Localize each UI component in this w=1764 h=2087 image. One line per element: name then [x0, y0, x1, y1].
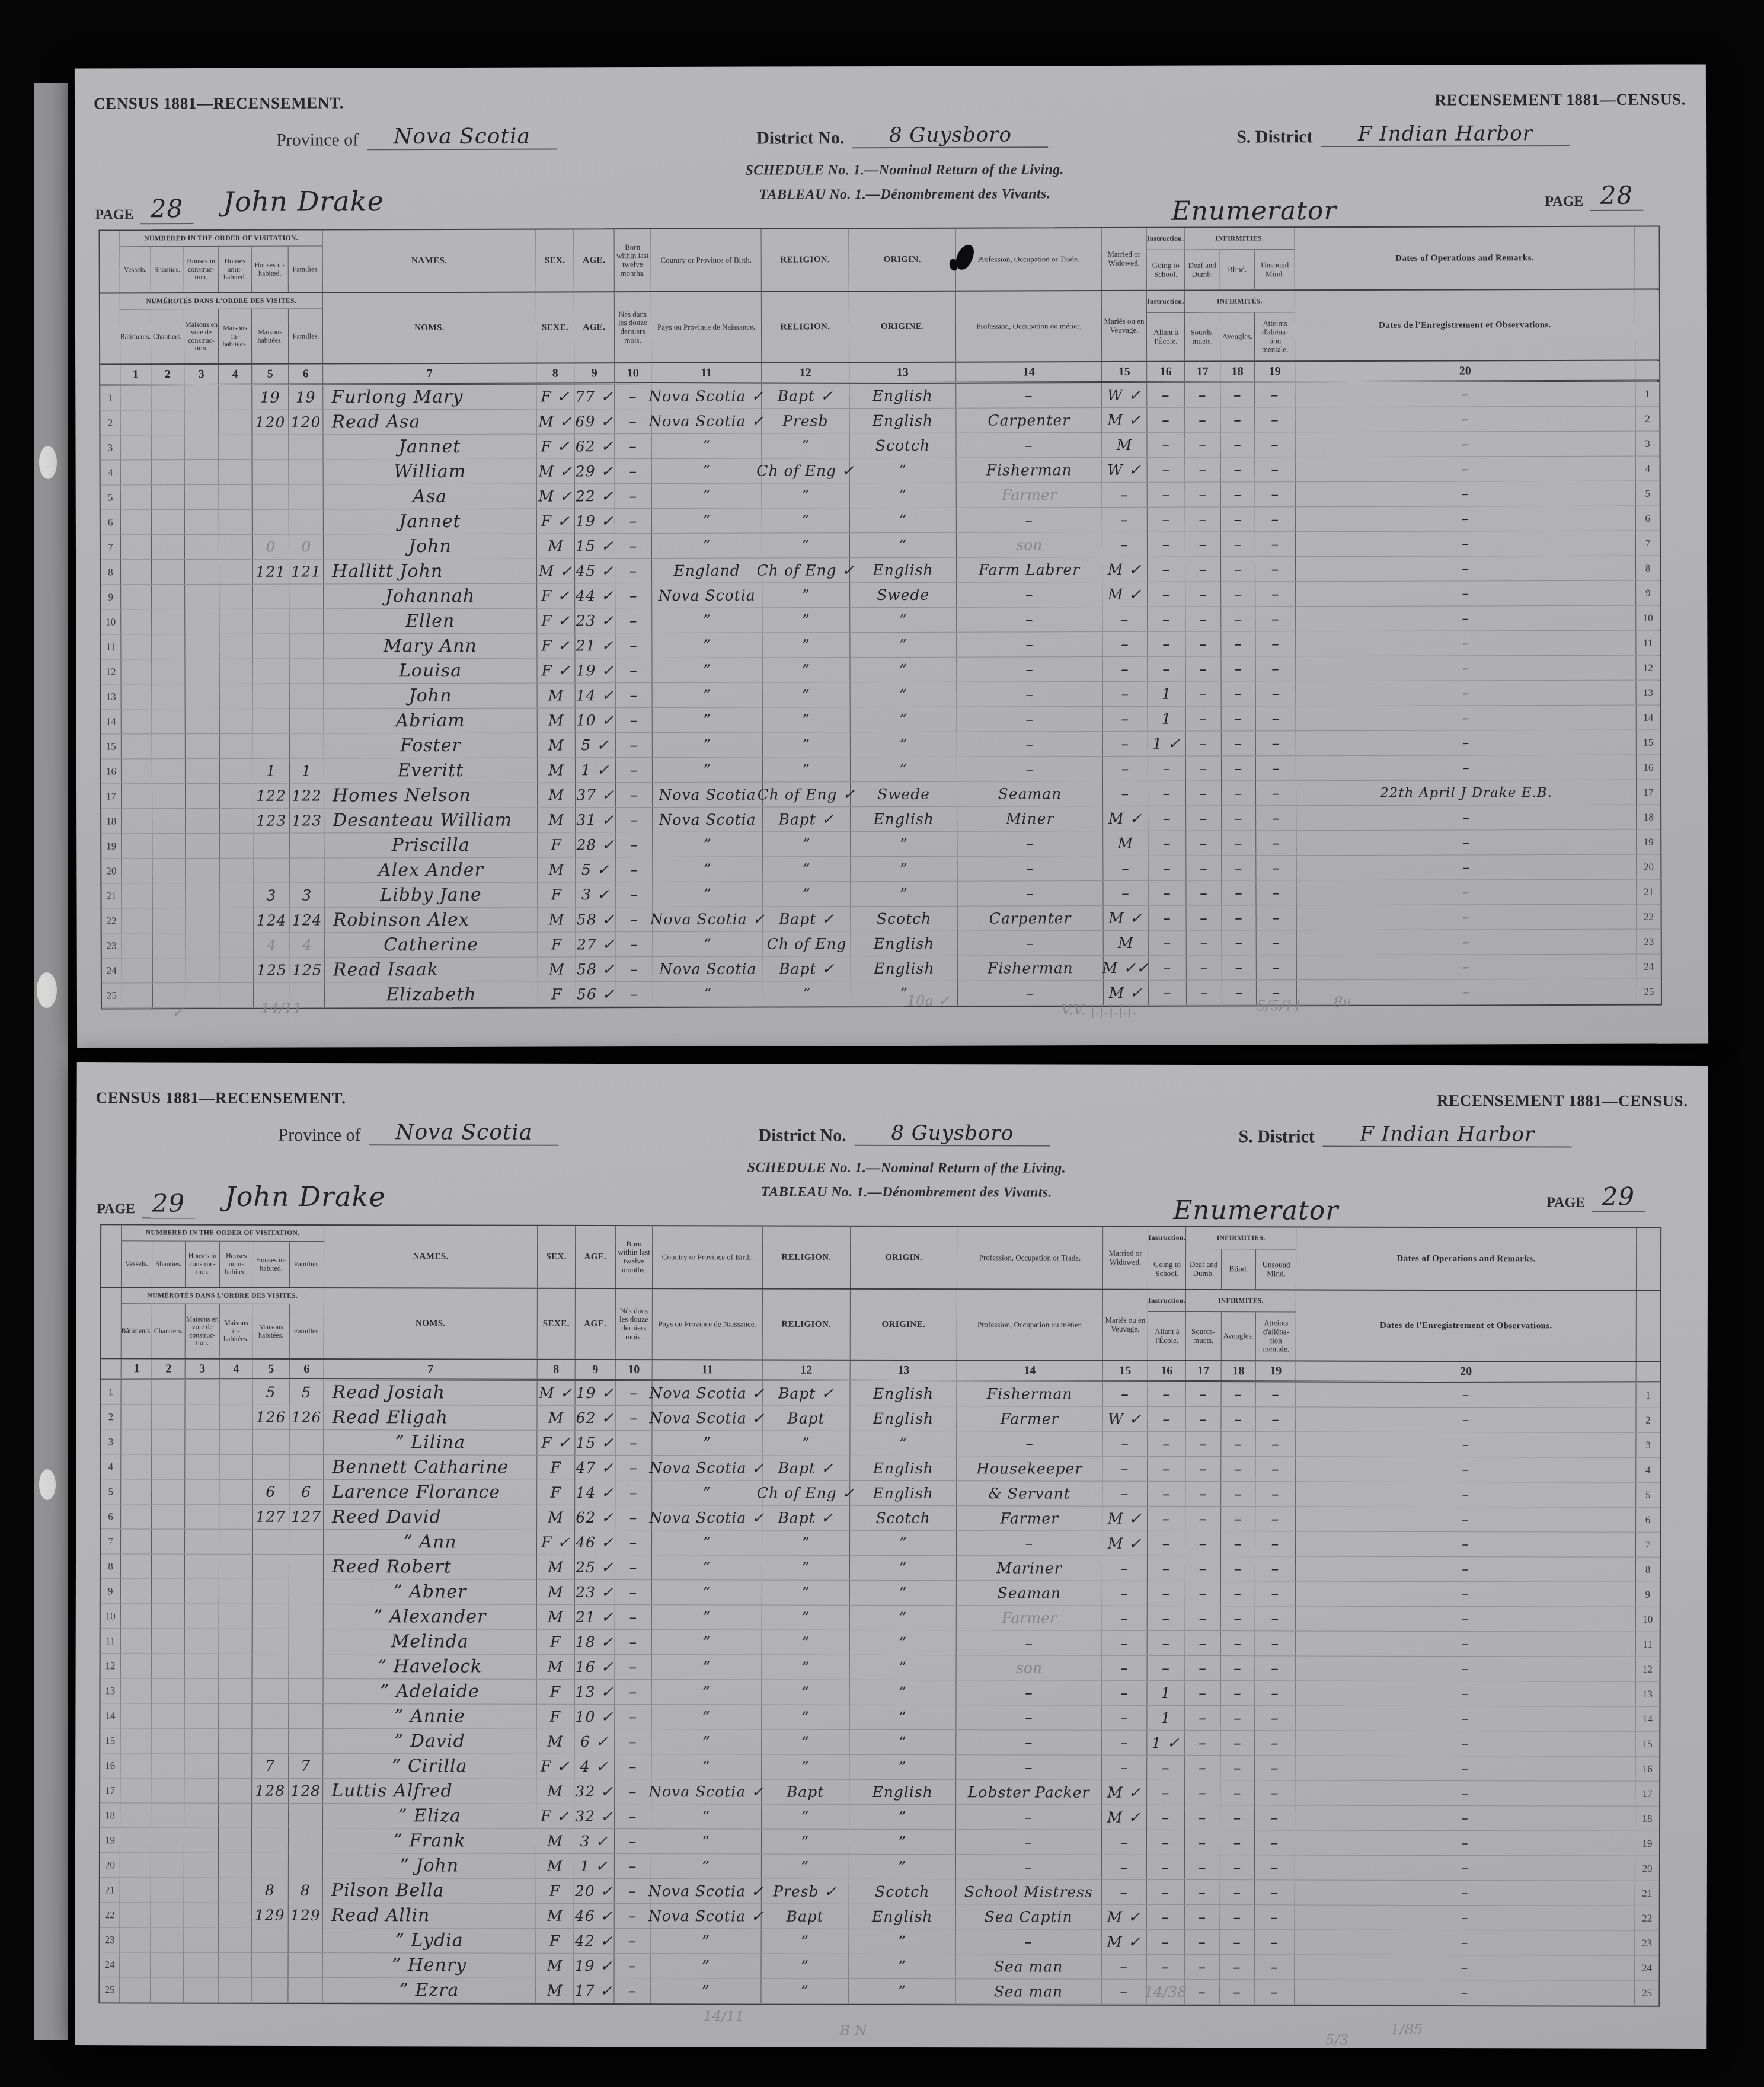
cell-p29-r5-blind: – [1221, 1482, 1255, 1506]
cell-p29-r2-occ: Farmer [957, 1406, 1102, 1431]
cell-p28-r14-orig: ” [851, 707, 957, 732]
col-header-rel: RELIGION. [763, 1290, 851, 1360]
row-number-left: 8 [101, 560, 121, 584]
cell-p29-r10-blind: – [1221, 1606, 1255, 1630]
cell-p28-r1-c1 [120, 385, 151, 410]
cell-p29-r24-occ: Sea man [956, 1954, 1102, 1979]
cell-p28-r21-deaf: – [1186, 881, 1222, 905]
cell-p29-r23-rem: – [1295, 1930, 1635, 1955]
cell-p29-r2-born: – [615, 1406, 652, 1430]
cell-p29-r18-blind: – [1220, 1805, 1255, 1830]
cell-p29-r22-sch: – [1147, 1905, 1185, 1929]
cell-p29-r6-c3 [185, 1505, 219, 1529]
cell-p28-r1-deaf: – [1185, 383, 1220, 407]
cell-p29-r15-born: – [615, 1729, 651, 1754]
cell-p29-r9-mar: – [1102, 1581, 1148, 1606]
cell-p29-r14-bp: ” [651, 1705, 762, 1729]
cell-p28-r23-occ: – [958, 931, 1104, 956]
cell-p28-r23-orig: English [851, 931, 958, 956]
cell-p29-r17-deaf: – [1185, 1780, 1220, 1805]
cell-p28-r17-c1 [122, 784, 152, 808]
instruction-group: Instruction.Allant à l'École. [1148, 1290, 1186, 1360]
cell-p28-r21-c2 [152, 883, 186, 908]
cell-p28-r2-name: Read Asa [323, 410, 536, 435]
cell-p28-r10-c2 [152, 609, 185, 634]
col-header-c6: Familles. [289, 309, 323, 363]
table-row: 15FosterM5 ✓–”””––1 ✓––––15 [101, 730, 1660, 760]
cell-p28-r8-deaf: – [1185, 557, 1221, 582]
cell-p28-r3-born: – [615, 434, 651, 458]
cell-p29-r5-c2 [152, 1479, 185, 1504]
col-header-born: Nés dans les douze derniers mois. [616, 1289, 653, 1359]
table-row: 22129129Read AllinM46 ✓–Nova Scotia ✓Bap… [100, 1903, 1659, 1931]
table-row: 9” AbnerM23 ✓–”””Seaman––––––9 [101, 1579, 1660, 1607]
visitation-columns: Vessels.Shanties.Houses in construc- tio… [122, 1241, 324, 1287]
column-number-6: 6 [289, 365, 323, 384]
cell-p28-r9-rel: ” [762, 583, 850, 607]
cell-p29-r24-c4 [219, 1953, 252, 1977]
cell-p28-r10-born: – [615, 608, 652, 633]
row-number-left: 7 [101, 1529, 121, 1553]
cell-p28-r22-uns: – [1257, 905, 1297, 930]
cell-p29-r14-deaf: – [1185, 1706, 1220, 1730]
column-header-row-fr: NUMÉROTÉS DANS L'ORDRE DES VISITES.Bâtim… [100, 290, 1659, 365]
visitation-caption: NUMBERED IN THE ORDER OF VISITATION. [120, 231, 322, 247]
cell-p28-r15-blind: – [1222, 731, 1256, 755]
cell-p28-r12-sex: F ✓ [537, 658, 575, 682]
cell-p28-r3-c4 [219, 435, 252, 459]
column-number-19: 19 [1255, 362, 1295, 381]
cell-p28-r14-c4 [220, 709, 253, 733]
cell-p28-r20-c2 [152, 859, 186, 883]
column-number-10: 10 [615, 363, 651, 382]
cell-p28-r11-name: Mary Ann [324, 634, 537, 659]
cell-p29-r4-c4 [219, 1455, 253, 1479]
row-number-right: 12 [1636, 656, 1660, 680]
cell-p28-r7-c5: 0 [253, 535, 289, 559]
col-header-c3: Maisons en voie de construc- tion. [184, 309, 219, 363]
table-row: 17128128Luttis AlfredM32 ✓–Nova Scotia ✓… [100, 1778, 1659, 1807]
cell-p29-r7-deaf: – [1185, 1531, 1221, 1556]
pencil-annotation: 5/3 [1325, 2032, 1348, 2048]
cell-p28-r9-uns: – [1255, 582, 1296, 606]
cell-p29-r5-rel: Ch of Eng ✓ [762, 1481, 850, 1505]
row-number-left: 14 [101, 709, 122, 733]
cell-p28-r24-c1 [122, 958, 153, 982]
row-number-right: 7 [1636, 1533, 1660, 1557]
cell-p29-r25-rel: ” [761, 1979, 849, 2003]
cell-p28-r6-c5 [253, 510, 289, 534]
cell-p28-r13-deaf: – [1186, 682, 1222, 706]
row-number-right: 13 [1635, 1682, 1659, 1706]
cell-p29-r10-c4 [219, 1604, 253, 1629]
district-label: District No. [758, 1126, 846, 1146]
cell-p29-r13-born: – [615, 1680, 651, 1704]
cell-p29-r17-rem: – [1295, 1780, 1635, 1805]
cell-p29-r4-c3 [185, 1455, 219, 1479]
cell-p29-r5-c5: 6 [253, 1480, 289, 1504]
cell-p29-r5-orig: English [850, 1481, 957, 1505]
cell-p29-r23-c6 [289, 1928, 323, 1952]
cell-p29-r19-c2 [151, 1828, 184, 1852]
row-number-left: 2 [100, 410, 120, 435]
row-number-right: 9 [1636, 581, 1660, 605]
cell-p28-r10-bp: ” [652, 608, 762, 633]
cell-p28-r2-orig: English [849, 409, 956, 433]
cell-p28-r24-name: Read Isaak [325, 958, 538, 982]
cell-p28-r8-orig: English [850, 558, 957, 582]
cell-p29-r13-c6 [289, 1679, 323, 1703]
cell-p29-r1-c5: 5 [253, 1380, 290, 1405]
cell-p28-r8-c4 [219, 560, 253, 584]
row-number-right: 6 [1636, 1508, 1660, 1532]
page-number-left-handwritten: 28 [140, 194, 193, 224]
cell-p28-r22-c4 [220, 908, 254, 933]
cell-p29-r18-sex: F ✓ [536, 1804, 574, 1828]
cell-p29-r1-sch: – [1148, 1382, 1186, 1406]
cell-p28-r13-bp: ” [653, 683, 763, 707]
cell-p28-r19-orig: ” [851, 832, 957, 856]
cell-p28-r15-c5 [253, 734, 290, 758]
row-number-header [1635, 290, 1659, 360]
cell-p28-r1-c5: 19 [252, 385, 289, 410]
col-header-deaf: Sourds- muets. [1186, 1312, 1222, 1360]
row-number-right: 11 [1636, 631, 1660, 655]
cell-p29-r12-c4 [219, 1654, 253, 1678]
cell-p28-r4-rem: – [1296, 457, 1636, 482]
col-header-born: Born within last twelve months. [616, 1226, 653, 1288]
table-row: 9JohannahF ✓44 ✓–Nova Scotia”Swede–M ✓––… [101, 581, 1660, 610]
table-row: 5AsaM ✓22 ✓–”””Farmer––––––5 [101, 481, 1660, 510]
cell-p28-r4-sch: – [1148, 458, 1185, 482]
cell-p28-r17-bp: Nova Scotia [653, 783, 763, 807]
cell-p28-r11-rel: ” [762, 633, 850, 657]
cell-p29-r8-sch: – [1148, 1556, 1185, 1581]
col-header-uns: Unsound Mind. [1256, 1249, 1296, 1289]
row-number-left: 15 [101, 734, 122, 758]
enumerator-script-handwritten: Enumerator [1173, 1195, 1338, 1226]
cell-p29-r21-mar: – [1102, 1880, 1147, 1904]
pencil-annotation: B N [839, 2022, 867, 2039]
row-number-right: 3 [1635, 432, 1659, 456]
census-title-right: RECENSEMENT 1881—CENSUS. [1434, 90, 1686, 109]
cell-p29-r21-rel: Presb ✓ [762, 1879, 849, 1904]
cell-p29-r6-c5: 127 [253, 1505, 289, 1529]
cell-p28-r14-uns: – [1256, 706, 1296, 730]
cell-p28-r12-orig: ” [850, 658, 957, 682]
cell-p28-r20-born: – [616, 857, 653, 882]
cell-p28-r2-c6: 120 [289, 410, 323, 435]
cell-p29-r23-orig: ” [849, 1929, 956, 1954]
cell-p28-r1-c2 [151, 385, 184, 410]
column-number-15: 15 [1103, 1361, 1148, 1380]
column-number-14: 14 [956, 362, 1102, 382]
cell-p29-r20-c5 [252, 1853, 289, 1878]
cell-p29-r9-c2 [152, 1579, 185, 1603]
cell-p28-r6-sch: – [1148, 508, 1185, 532]
cell-p29-r9-uns: – [1255, 1581, 1296, 1606]
row-number-right: 25 [1637, 979, 1661, 1004]
cell-p29-r17-name: Luttis Alfred [323, 1779, 536, 1804]
cell-p29-r12-rem: – [1296, 1656, 1636, 1681]
pencil-annotation: 1/85 [1391, 2021, 1423, 2038]
cell-p29-r7-c6 [289, 1530, 324, 1554]
cell-p28-r8-name: Hallitt John [324, 559, 537, 584]
cell-p29-r22-born: – [615, 1904, 651, 1928]
cell-p28-r21-orig: ” [851, 882, 957, 906]
row-number-right: 2 [1635, 407, 1659, 431]
cell-p28-r14-bp: ” [653, 708, 763, 732]
cell-p29-r17-c1 [120, 1778, 151, 1802]
cell-p28-r20-age: 5 ✓ [576, 857, 616, 882]
cell-p28-r14-born: – [616, 708, 653, 732]
cell-p28-r1-age: 77 ✓ [574, 384, 615, 409]
cell-p28-r17-c5: 122 [253, 784, 290, 808]
cell-p29-r24-c3 [184, 1953, 219, 1977]
cell-p29-r9-deaf: – [1185, 1581, 1221, 1606]
cell-p28-r12-c5 [253, 659, 289, 684]
cell-p28-r4-c5 [253, 460, 289, 484]
cell-p29-r25-sex: M [536, 1978, 574, 2003]
cell-p29-r22-rem: – [1295, 1905, 1635, 1930]
cell-p28-r7-mar: – [1102, 532, 1148, 557]
cell-p29-r8-c3 [185, 1555, 219, 1579]
cell-p28-r2-c4 [219, 410, 252, 435]
cell-p29-r1-sex: M ✓ [538, 1381, 576, 1405]
row-number-left: 5 [101, 485, 121, 509]
cell-p28-r12-born: – [615, 658, 652, 682]
cell-p29-r8-born: – [615, 1555, 652, 1579]
cell-p28-r2-occ: Carpenter [956, 408, 1102, 433]
row-number-left: 1 [100, 385, 120, 410]
infirmities-group: INFIRMITIES.Deaf and Dumb.Blind.Unsound … [1186, 1227, 1296, 1289]
visitation-columns: Bâtiments.Chantiers.Maisons en voie de c… [122, 1304, 324, 1358]
cell-p29-r8-c5 [253, 1555, 289, 1579]
cell-p29-r23-rel: ” [762, 1929, 849, 1954]
cell-p28-r15-age: 5 ✓ [576, 733, 616, 757]
row-number-right: 1 [1637, 1383, 1660, 1408]
cell-p29-r16-deaf: – [1185, 1756, 1220, 1780]
page-number-right-handwritten: 28 [1590, 181, 1643, 211]
cell-p29-r1-c4 [220, 1380, 253, 1405]
cell-p29-r4-bp: Nova Scotia ✓ [652, 1456, 762, 1480]
cell-p29-r1-name: Read Josiah [324, 1380, 538, 1405]
cell-p28-r4-occ: Fisherman [957, 458, 1102, 483]
cell-p29-r8-sex: M [537, 1555, 575, 1579]
cell-p29-r16-uns: – [1255, 1756, 1295, 1780]
cell-p28-r14-blind: – [1222, 706, 1256, 730]
cell-p29-r17-c2 [151, 1778, 184, 1802]
sub-district-value-handwritten: F Indian Harbor [1323, 1122, 1572, 1148]
cell-p28-r8-rel: Ch of Eng ✓ [762, 558, 850, 582]
cell-p28-r16-uns: – [1256, 756, 1296, 780]
cell-p28-r18-sex: M [538, 808, 576, 832]
cell-p28-r5-bp: ” [652, 484, 762, 508]
cell-p28-r19-c3 [186, 834, 220, 858]
row-number-left: 11 [101, 1629, 121, 1653]
cell-p29-r7-rel: ” [762, 1531, 850, 1555]
cell-p28-r10-age: 23 ✓ [575, 608, 615, 633]
row-number-right: 15 [1635, 1732, 1659, 1756]
cell-p29-r25-deaf: – [1184, 1980, 1220, 2004]
cell-p29-r4-rel: Bapt ✓ [762, 1456, 850, 1480]
cell-p29-r22-c1 [120, 1903, 151, 1927]
table-row: 155Read JosiahM ✓19 ✓–Nova Scotia ✓Bapt … [101, 1380, 1660, 1408]
cell-p29-r14-c4 [219, 1704, 252, 1728]
instruction-group: Instruction.Going to School. [1147, 228, 1185, 290]
infirmities-columns: Deaf and Dumb.Blind.Unsound Mind. [1186, 1249, 1296, 1289]
cell-p29-r10-occ: Farmer [957, 1606, 1102, 1630]
row-number-right: 15 [1637, 730, 1660, 755]
cell-p28-r21-name: Libby Jane [324, 883, 538, 908]
cell-p28-r24-c4 [220, 958, 254, 982]
cell-p28-r13-c1 [122, 684, 152, 709]
cell-p28-r13-orig: ” [851, 682, 957, 707]
cell-p29-r17-rel: Bapt [762, 1780, 849, 1804]
cell-p28-r19-c5 [253, 834, 290, 858]
cell-p29-r13-sex: F [536, 1680, 574, 1704]
cell-p29-r14-name: ” Annie [323, 1704, 536, 1729]
cell-p28-r24-sch: – [1149, 956, 1187, 980]
cell-p28-r16-c3 [186, 759, 220, 783]
cell-p29-r1-age: 19 ✓ [576, 1381, 616, 1405]
cell-p28-r6-born: – [615, 509, 652, 533]
visitation-columns: Bâtiments.Chantiers.Maisons en voie de c… [120, 309, 322, 364]
table-row: 2188Pilson BellaF20 ✓–Nova Scotia ✓Presb… [100, 1878, 1659, 1906]
cell-p28-r7-c6: 0 [289, 535, 324, 559]
cell-p29-r3-c6 [289, 1430, 324, 1454]
row-number-left: 20 [100, 1853, 120, 1877]
cell-p28-r16-mar: – [1103, 757, 1148, 781]
table-row: 13” AdelaideF13 ✓–”””––1––––13 [100, 1678, 1659, 1707]
cell-p29-r14-born: – [615, 1705, 651, 1729]
cell-p28-r20-occ: – [957, 856, 1103, 881]
cell-p28-r14-c2 [152, 709, 186, 733]
cell-p28-r24-blind: – [1222, 955, 1257, 979]
cell-p29-r1-deaf: – [1186, 1382, 1222, 1406]
infirmities-columns: Sourds- muets.Aveugles.Atteints d'aliéna… [1186, 1312, 1296, 1360]
table-row: 4Bennett CatharineF47 ✓–Nova Scotia ✓Bap… [101, 1454, 1660, 1483]
cell-p28-r1-bp: Nova Scotia ✓ [651, 384, 762, 409]
cell-p29-r19-name: ” Frank [323, 1828, 536, 1853]
cell-p29-r25-age: 17 ✓ [574, 1978, 614, 2003]
row-number-left: 9 [101, 1579, 121, 1603]
cell-p28-r9-c3 [185, 585, 219, 609]
cell-p28-r9-occ: – [957, 582, 1102, 607]
cell-p29-r21-c3 [184, 1878, 219, 1903]
cell-p28-r15-sex: M [538, 733, 576, 757]
cell-p29-r7-born: – [615, 1530, 652, 1555]
cell-p28-r19-bp: ” [653, 832, 763, 857]
table-row: 19PriscillaF28 ✓–”””–M–––––19 [101, 830, 1660, 859]
column-number-18: 18 [1220, 362, 1255, 381]
col-header-orig: ORIGINE. [851, 1290, 957, 1360]
cell-p28-r21-born: – [616, 882, 653, 907]
cell-p29-r25-bp: ” [651, 1978, 761, 2003]
cell-p29-r18-rem: – [1295, 1805, 1635, 1830]
cell-p28-r16-rel: ” [763, 757, 851, 781]
column-number-8: 8 [538, 1360, 576, 1379]
cell-p29-r25-c6 [288, 1978, 322, 2002]
cell-p28-r20-blind: – [1222, 856, 1256, 880]
table-row: 17122122Homes NelsonM37 ✓–Nova ScotiaCh … [101, 780, 1660, 809]
cell-p29-r7-age: 46 ✓ [575, 1530, 615, 1555]
cell-p28-r11-occ: – [957, 632, 1102, 657]
cell-p29-r3-c5 [253, 1430, 289, 1454]
cell-p29-r6-c1 [121, 1504, 152, 1528]
cell-p29-r10-sch: – [1148, 1606, 1185, 1630]
cell-p29-r24-rel: ” [762, 1954, 849, 1978]
cell-p28-r16-bp: ” [653, 758, 763, 782]
cell-p29-r10-name: ” Alexander [324, 1604, 537, 1629]
row-number-right: 22 [1637, 905, 1661, 929]
cell-p28-r6-occ: – [957, 508, 1102, 532]
col-header-c1: Bâtiments. [122, 1304, 152, 1358]
instruction-columns: Going to School. [1147, 250, 1184, 290]
cell-p28-r13-uns: – [1256, 681, 1296, 706]
sub-district-label: S. District [1236, 127, 1312, 147]
col-header-uns: Atteints d'aliéna- tion mentale. [1255, 312, 1295, 360]
row-number-header [100, 293, 120, 363]
cell-p28-r1-rem: – [1295, 382, 1635, 407]
province-district-row: Province of Nova Scotia District No. 8 G… [75, 121, 1706, 125]
cell-p28-r12-name: Louisa [324, 659, 537, 684]
cell-p29-r11-c6 [289, 1629, 324, 1654]
cell-p29-r3-deaf: – [1185, 1432, 1221, 1456]
infirmities-columns: Deaf and Dumb.Blind.Unsound Mind. [1185, 250, 1295, 289]
cell-p28-r2-c5: 120 [252, 410, 289, 435]
cell-p29-r16-c3 [184, 1754, 219, 1778]
cell-p28-r25-bp: ” [653, 982, 763, 1006]
cell-p29-r25-occ: Sea man [955, 1979, 1101, 2004]
cell-p28-r25-born: – [616, 982, 653, 1006]
cell-p28-r9-deaf: – [1185, 582, 1221, 607]
row-number-right: 5 [1636, 1483, 1660, 1507]
cell-p28-r13-c4 [220, 684, 253, 709]
cell-p28-r3-orig: Scotch [849, 433, 956, 458]
cell-p28-r5-c5 [253, 485, 289, 509]
row-number-right: 6 [1636, 506, 1660, 531]
cell-p28-r19-name: Priscilla [324, 833, 538, 858]
col-header-c5: Maisons habitées. [253, 1304, 290, 1358]
cell-p29-r24-born: – [615, 1954, 651, 1978]
cell-p29-r11-c3 [185, 1629, 219, 1654]
table-row: 20Alex AnderM5 ✓–”””–––––––20 [101, 855, 1660, 884]
cell-p29-r21-c2 [151, 1878, 184, 1902]
cell-p29-r1-orig: English [851, 1381, 957, 1406]
cell-p28-r18-c5: 123 [253, 809, 290, 833]
row-number-right: 12 [1636, 1657, 1660, 1681]
district-label: District No. [756, 128, 844, 148]
cell-p28-r20-c5 [253, 859, 290, 883]
cell-p28-r5-uns: – [1255, 482, 1296, 506]
cell-p29-r17-c3 [184, 1779, 219, 1803]
cell-p29-r19-c1 [120, 1828, 151, 1852]
cell-p28-r20-deaf: – [1186, 856, 1222, 880]
cell-p28-r16-blind: – [1222, 756, 1256, 780]
cell-p29-r15-uns: – [1255, 1731, 1295, 1755]
cell-p29-r24-name: ” Henry [323, 1953, 536, 1978]
cell-p29-r14-rem: – [1295, 1706, 1635, 1731]
cell-p29-r14-mar: – [1102, 1706, 1147, 1730]
cell-p29-r9-orig: ” [850, 1581, 957, 1605]
cell-p28-r15-deaf: – [1186, 732, 1222, 756]
cell-p29-r18-uns: – [1255, 1805, 1295, 1830]
cell-p28-r19-sex: F [538, 832, 576, 857]
cell-p29-r16-age: 4 ✓ [574, 1754, 615, 1779]
cell-p29-r15-c5 [252, 1729, 289, 1753]
cell-p29-r15-c4 [219, 1729, 252, 1753]
